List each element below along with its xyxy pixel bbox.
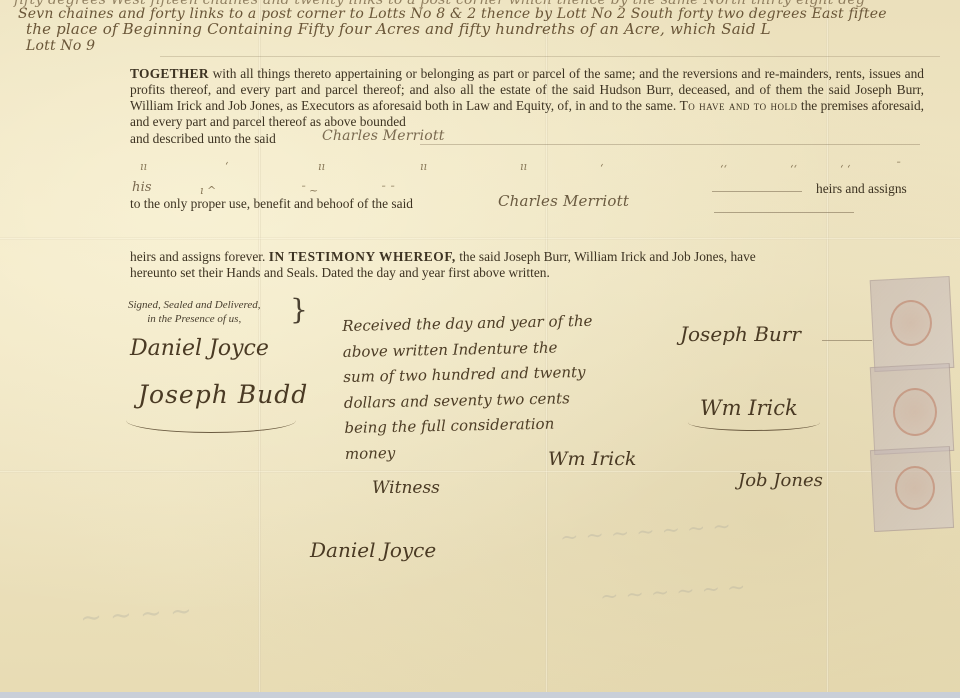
testimony-lead: IN TESTIMONY WHEREOF,	[269, 249, 456, 264]
signature-flourish	[126, 408, 296, 433]
signature-flourish	[688, 414, 820, 431]
ditto-mark: ıı	[520, 160, 527, 173]
fill-line	[712, 191, 802, 192]
witness-signature-daniel-joyce: Daniel Joyce	[130, 336, 269, 361]
boundary-line-3: the place of Beginning Containing Fifty …	[26, 21, 771, 37]
fill-line	[420, 144, 920, 145]
ditto-mark: ‘ ‘	[840, 163, 851, 176]
receipt-block: Received the day and year of the above w…	[342, 309, 595, 467]
fill-line	[714, 212, 854, 213]
attestation-line-2: in the Presence of us,	[128, 312, 260, 326]
testimony-body: the said Joseph Burr, William Irick and …	[459, 249, 756, 264]
seal-line	[822, 340, 872, 341]
described-unto-label: and described unto the said	[130, 131, 276, 147]
boundary-line-4: Lott No 9	[26, 38, 95, 54]
attestation-brace: }	[290, 296, 308, 324]
together-lead: TOGETHER	[130, 66, 209, 81]
receipt-witness-label: Witness	[372, 478, 440, 498]
ditto-mark: ıı	[318, 160, 325, 173]
testimony-line-2: hereunto set their Hands and Seals. Date…	[130, 265, 550, 281]
testimony-pre: heirs and assigns forever.	[130, 249, 265, 264]
wax-seal-2	[893, 388, 937, 436]
grantee-name-1: Charles Merriott	[322, 128, 445, 144]
receipt-witness-signature: Daniel Joyce	[310, 538, 436, 562]
testimony-line-1: heirs and assigns forever. IN TESTIMONY …	[130, 249, 756, 265]
grantee-name-2: Charles Merriott	[498, 192, 629, 210]
attestation-line-1: Signed, Sealed and Delivered,	[128, 298, 260, 312]
proper-use-label: to the only proper use, benefit and beho…	[130, 196, 413, 212]
scan-background-strip	[0, 692, 960, 698]
receipt-line: dollars and seventy two cents	[344, 385, 595, 416]
ditto-mark: ‘	[225, 160, 229, 173]
attestation-block: Signed, Sealed and Delivered, in the Pre…	[128, 298, 260, 326]
wax-seal-1	[890, 300, 932, 346]
fold-crease-horizontal-upper	[0, 237, 960, 240]
ditto-mark: ‘	[600, 162, 604, 175]
together-paragraph: TOGETHER with all things thereto apperta…	[130, 66, 924, 130]
ditto-mark: ıı	[140, 160, 147, 173]
ditto-mark: ‘‘	[720, 163, 727, 176]
ditto-mark: ˉ	[895, 160, 901, 173]
ditto-mark: ‘‘	[790, 163, 797, 176]
witness-signature-joseph-budd: Joseph Budd	[138, 380, 308, 409]
ditto-mark: ıı	[420, 160, 427, 173]
fill-line	[160, 56, 940, 57]
grantor-signature-joseph-burr: Joseph Burr	[680, 322, 801, 346]
habendum-prefix: To have and to hold	[680, 98, 798, 113]
grantor-signature-job-jones: Job Jones	[738, 470, 823, 491]
receipt-signer-signature: Wm Irick	[548, 448, 636, 470]
his-word: his	[132, 180, 152, 195]
heirs-and-assigns-label: heirs and assigns	[816, 181, 907, 197]
wax-seal-3	[895, 466, 935, 510]
